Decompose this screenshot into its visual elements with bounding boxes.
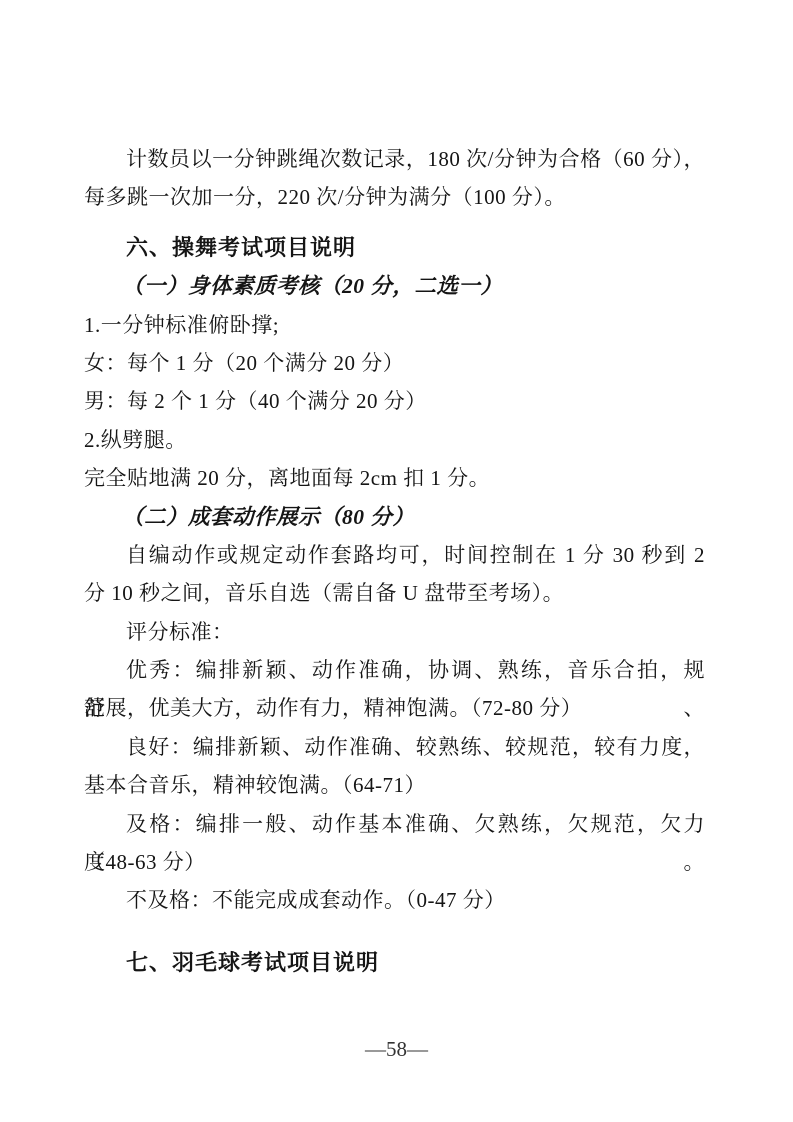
body-line-jump-rope-scoring-2: 每多跳一次加一分，220 次/分钟为满分（100 分）。 <box>84 178 705 216</box>
body-line-routine-1: 自编动作或规定动作套路均可，时间控制在 1 分 30 秒到 2 <box>84 536 705 574</box>
subheading-physical-quality: （一）身体素质考核（20 分，二选一） <box>84 267 705 305</box>
heading-section-seven: 七、羽毛球考试项目说明 <box>84 944 705 982</box>
body-line-pushup: 1.一分钟标准俯卧撑; <box>84 306 705 344</box>
subheading-routine-display: （二）成套动作展示（80 分） <box>84 498 705 536</box>
body-line-scoring-criteria: 评分标准： <box>84 613 705 651</box>
document-page: 计数员以一分钟跳绳次数记录，180 次/分钟为合格（60 分）， 每多跳一次加一… <box>0 0 793 1122</box>
body-line-split-scoring: 完全贴地满 20 分，离地面每 2cm 扣 1 分。 <box>84 459 705 497</box>
body-line-fail: 不及格：不能完成成套动作。（0-47 分） <box>84 881 705 919</box>
body-line-routine-2: 分 10 秒之间，音乐自选（需自备 U 盘带至考场）。 <box>84 574 705 612</box>
page-number: —58— <box>0 1034 793 1064</box>
body-line-pass-1: 及格：编排一般、动作基本准确、欠熟练，欠规范，欠力度。 <box>84 805 705 843</box>
body-line-good-2: 基本合音乐，精神较饱满。（64-71） <box>84 766 705 804</box>
body-line-good-1: 良好：编排新颖、动作准确、较熟练、较规范，较有力度， <box>84 728 705 766</box>
body-line-male-scoring: 男：每 2 个 1 分（40 个满分 20 分） <box>84 382 705 420</box>
body-line-excellent-1: 优秀：编排新颖、动作准确，协调、熟练，音乐合拍，规范、 <box>84 651 705 689</box>
body-line-split: 2.纵劈腿。 <box>84 421 705 459</box>
body-line-female-scoring: 女：每个 1 分（20 个满分 20 分） <box>84 344 705 382</box>
heading-section-six: 六、操舞考试项目说明 <box>84 229 705 267</box>
body-line-jump-rope-scoring-1: 计数员以一分钟跳绳次数记录，180 次/分钟为合格（60 分）， <box>84 140 705 178</box>
document-content: 计数员以一分钟跳绳次数记录，180 次/分钟为合格（60 分）， 每多跳一次加一… <box>84 140 705 982</box>
